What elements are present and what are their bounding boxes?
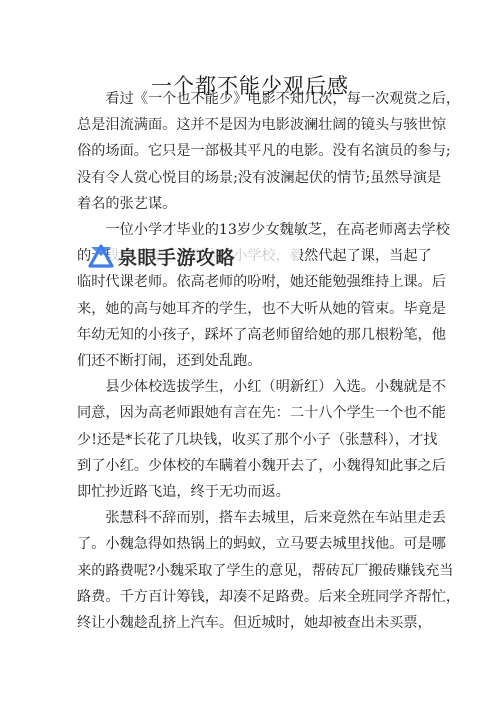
text-line: 总是泪流满面。这并不是因为电影波澜壮阔的镜头与骇世惊 [77,112,443,138]
text-line: 来，她的高与她耳齐的学生，也不大听从她的管束。毕竟是 [77,296,443,322]
paragraph-4: 张慧科不辞而别，搭车去城里，后来竟然在车站里走丢 了。小魏急得如热锅上的蚂蚁，立… [77,505,443,636]
watermark-text: 泉眼手游攻略 [118,243,235,270]
text-line: 没有令人赏心悦目的场景;没有波澜起伏的情节;虽然导演是 [77,165,443,191]
text-line: 张慧科不辞而别，搭车去城里，后来竟然在车站里走丢 [77,505,443,531]
text-line: 到了小红。少体校的车瞒着小魏开去了，小魏得知此事之后 [77,453,443,479]
text-line: 着名的张艺谋。 [77,191,443,217]
text-line: 路费。千方百计筹钱，却凑不足路费。后来全班同学齐帮忙， [77,584,443,610]
text-line: 了。小魏急得如热锅上的蚂蚁，立马要去城里找他。可是哪 [77,531,443,557]
paragraph-1: 看过《一个也不能少》电影不知几次，每一次观赏之后， 总是泪流满面。这并不是因为电… [77,86,443,217]
paragraph-3: 县少体校选拔学生，小红（明新红）入选。小魏就是不 同意，因为高老师跟她有言在先：… [77,374,443,505]
document-body: 看过《一个也不能少》电影不知几次，每一次观赏之后， 总是泪流满面。这并不是因为电… [77,86,443,636]
text-line: 同意，因为高老师跟她有言在先：二十八个学生一个也不能 [77,400,443,426]
text-line: 们还不断打闹，还到处乱跑。 [77,348,443,374]
text-line: 县少体校选拔学生，小红（明新红）入选。小魏就是不 [77,374,443,400]
text-line: 少!还是*长花了几块钱，收买了那个小子（张慧科），才找 [77,427,443,453]
text-line: 看过《一个也不能少》电影不知几次，每一次观赏之后， [77,86,443,112]
text-line: 临时代课老师。依高老师的吩咐，她还能勉强维持上课。后 [77,269,443,295]
text-line: 即忙抄近路飞追，终于无功而返。 [77,479,443,505]
text-line: 年幼无知的小孩子，踩坏了高老师留给她的那几根粉笔，他 [77,322,443,348]
text-line: 终让小魏趁乱挤上汽车。但近城时，她却被查出未买票， [77,610,443,636]
text-line: 俗的场面。它只是一部极其平凡的电影。没有名演员的参与; [77,138,443,164]
triangle-logo-icon [88,243,114,269]
text-line: 来的路费呢?小魏采取了学生的意见，帮砖瓦厂搬砖赚钱充当 [77,558,443,584]
watermark: 泉眼手游攻略 [88,240,235,272]
